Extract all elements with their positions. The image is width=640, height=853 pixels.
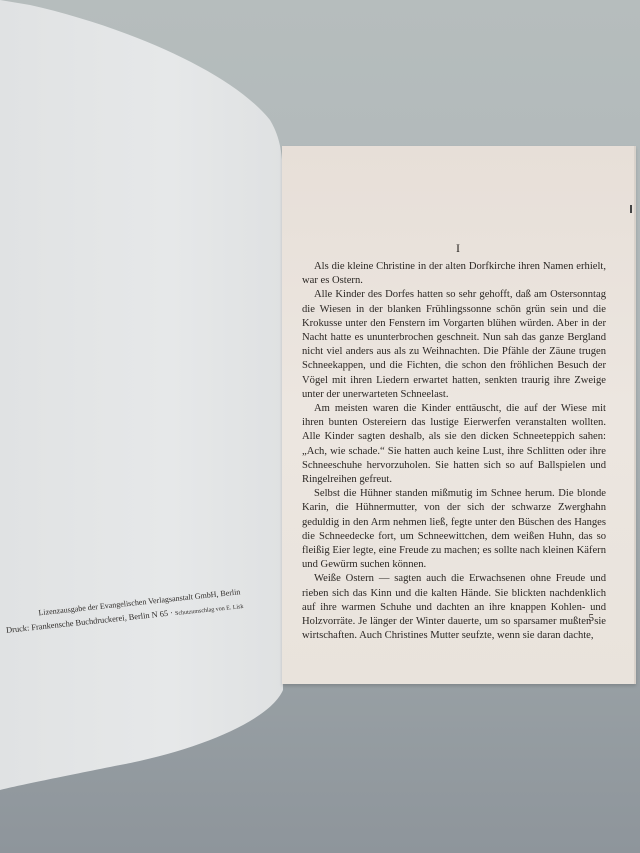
page-edge-mark	[630, 205, 632, 213]
paragraph: Am meisten waren die Kinder enttäuscht, …	[302, 402, 606, 487]
paragraph: Alle Kinder des Dorfes hatten so sehr ge…	[302, 288, 606, 402]
right-page: I Als die kleine Christine in der alten …	[282, 146, 636, 684]
paragraph: Weiße Ostern — sagten auch die Erwachsen…	[302, 572, 606, 643]
imprint: Lizenzausgabe der Evangelischen Verlagsa…	[4, 582, 276, 639]
paragraph: Selbst die Hühner standen mißmutig im Sc…	[302, 487, 606, 572]
paragraph: Als die kleine Christine in der alten Do…	[302, 260, 606, 288]
body-text: Als die kleine Christine in der alten Do…	[302, 260, 606, 643]
chapter-number: I	[282, 241, 634, 256]
imprint-cover-credit: Schutzumschlag von E. Lisk	[175, 604, 244, 617]
left-page: Lizenzausgabe der Evangelischen Verlagsa…	[0, 0, 283, 800]
page-number: 5	[589, 612, 595, 624]
